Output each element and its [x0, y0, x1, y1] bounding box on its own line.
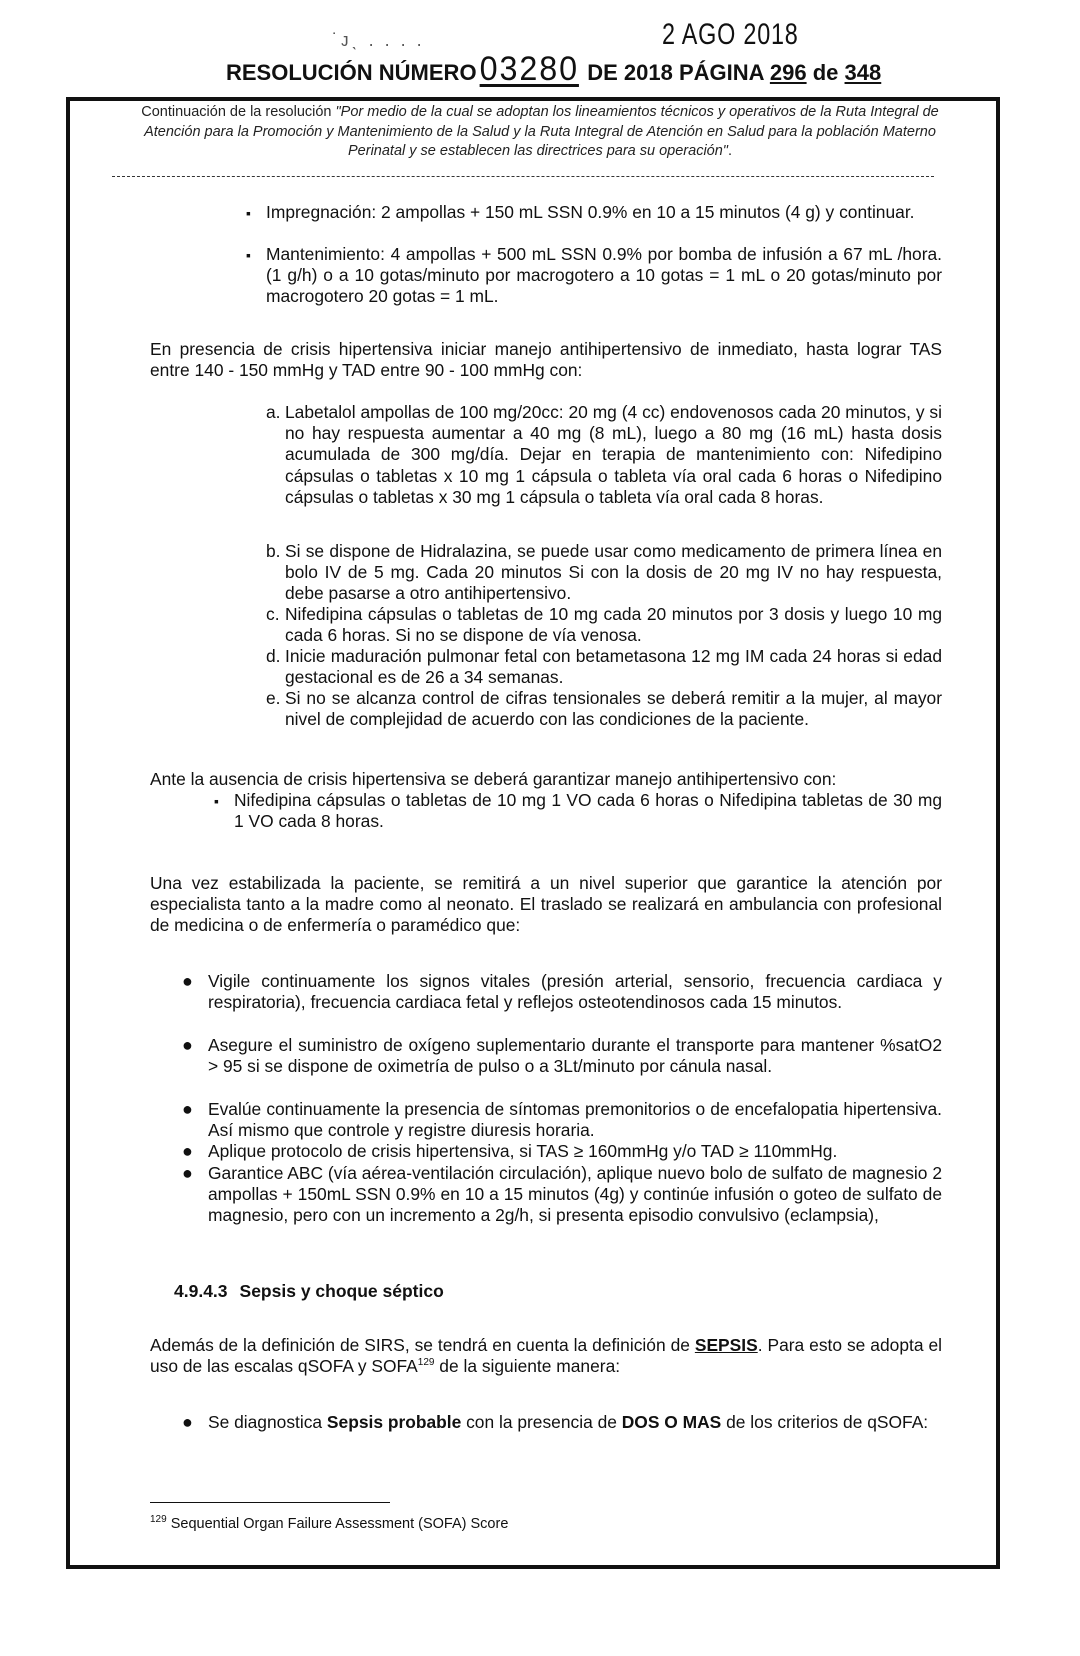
- list-letter: b.: [266, 541, 281, 562]
- preamble: Continuación de la resolución "Por medio…: [140, 103, 940, 162]
- resolution-number: 03280: [479, 50, 578, 89]
- footnote-text: Sequential Organ Failure Assessment (SOF…: [167, 1516, 509, 1532]
- page-header: RESOLUCIÓN NÚMERO03280 DE 2018 PÁGINA 29…: [226, 50, 881, 89]
- page-total: 348: [845, 60, 882, 85]
- list-item: Evalúe continuamente la presencia de sín…: [208, 1099, 942, 1141]
- bullet-icon: ●: [182, 1099, 193, 1120]
- preamble-tail: .: [728, 143, 732, 159]
- bullet-icon: ●: [182, 1141, 193, 1162]
- list-item: Garantice ABC (vía aérea-ventilación cir…: [208, 1163, 942, 1227]
- section-heading: 4.9.4.3Sepsis y choque séptico: [174, 1281, 444, 1302]
- bullet-icon: ●: [182, 971, 193, 992]
- list-item: Asegure el suministro de oxígeno supleme…: [208, 1035, 942, 1077]
- list-letter: c.: [266, 604, 280, 625]
- page-current: 296: [770, 60, 807, 85]
- list-item: Si se dispone de Hidralazina, se puede u…: [285, 541, 942, 605]
- page-of: de: [813, 60, 839, 85]
- text-run: de la siguiente manera:: [434, 1356, 620, 1376]
- list-letter: a.: [266, 402, 281, 423]
- list-item: Se diagnostica Sepsis probable con la pr…: [208, 1412, 942, 1433]
- paragraph-transfer-intro: Una vez estabilizada la paciente, se rem…: [150, 873, 942, 937]
- bullet-icon: ●: [182, 1163, 193, 1184]
- text-run: de los criterios de qSOFA:: [721, 1412, 928, 1432]
- list-item: Nifedipina cápsulas o tabletas de 10 mg …: [285, 604, 942, 646]
- de-label: DE: [587, 60, 618, 85]
- paragraph-crisis-intro: En presencia de crisis hipertensiva inic…: [150, 339, 942, 381]
- bullet-icon: ▪: [214, 793, 219, 809]
- list-item: Inicie maduración pulmonar fetal con bet…: [285, 646, 942, 688]
- bullet-icon: ▪: [246, 205, 251, 221]
- date-stamp: 2 AGO 2018: [662, 18, 799, 52]
- list-item: Si no se alcanza control de cifras tensi…: [285, 688, 942, 730]
- list-item: Labetalol ampollas de 100 mg/20cc: 20 mg…: [285, 402, 942, 508]
- preamble-lead: Continuación de la resolución: [141, 104, 335, 120]
- stamp-marks: ˙ᴊˎ . . . .: [332, 30, 425, 51]
- footnote-rule: [150, 1502, 390, 1503]
- dashed-divider: [112, 176, 934, 177]
- paragraph-no-crisis-intro: Ante la ausencia de crisis hipertensiva …: [150, 769, 950, 790]
- list-letter: d.: [266, 646, 281, 667]
- paragraph-sepsis-intro: Además de la definición de SIRS, se tend…: [150, 1335, 942, 1377]
- bullet-icon: ●: [182, 1412, 193, 1433]
- bullet-icon: ●: [182, 1035, 193, 1056]
- resolution-label: RESOLUCIÓN NÚMERO: [226, 60, 477, 85]
- footnote: 129 Sequential Organ Failure Assessment …: [150, 1516, 508, 1532]
- resolution-year: 2018: [624, 60, 673, 85]
- section-number: 4.9.4.3: [174, 1281, 228, 1301]
- text-run: Se diagnostica: [208, 1412, 327, 1432]
- bold-run: DOS O MAS: [622, 1412, 722, 1432]
- footnote-number: 129: [150, 1514, 167, 1525]
- sepsis-emphasis: SEPSIS: [695, 1335, 758, 1355]
- text-run: Además de la definición de SIRS, se tend…: [150, 1335, 695, 1355]
- list-letter: e.: [266, 688, 281, 709]
- section-title: Sepsis y choque séptico: [240, 1281, 444, 1301]
- list-item: Vigile continuamente los signos vitales …: [208, 971, 942, 1013]
- list-item: Nifedipina cápsulas o tabletas de 10 mg …: [234, 790, 942, 832]
- bullet-icon: ▪: [246, 247, 251, 263]
- footnote-ref: 129: [418, 1357, 435, 1368]
- bold-run: Sepsis probable: [327, 1412, 461, 1432]
- list-item: Impregnación: 2 ampollas + 150 mL SSN 0.…: [266, 202, 942, 223]
- list-item: Aplique protocolo de crisis hipertensiva…: [208, 1141, 948, 1162]
- list-item: Mantenimiento: 4 ampollas + 500 mL SSN 0…: [266, 244, 942, 308]
- page-label: PÁGINA: [679, 60, 764, 85]
- text-run: con la presencia de: [461, 1412, 621, 1432]
